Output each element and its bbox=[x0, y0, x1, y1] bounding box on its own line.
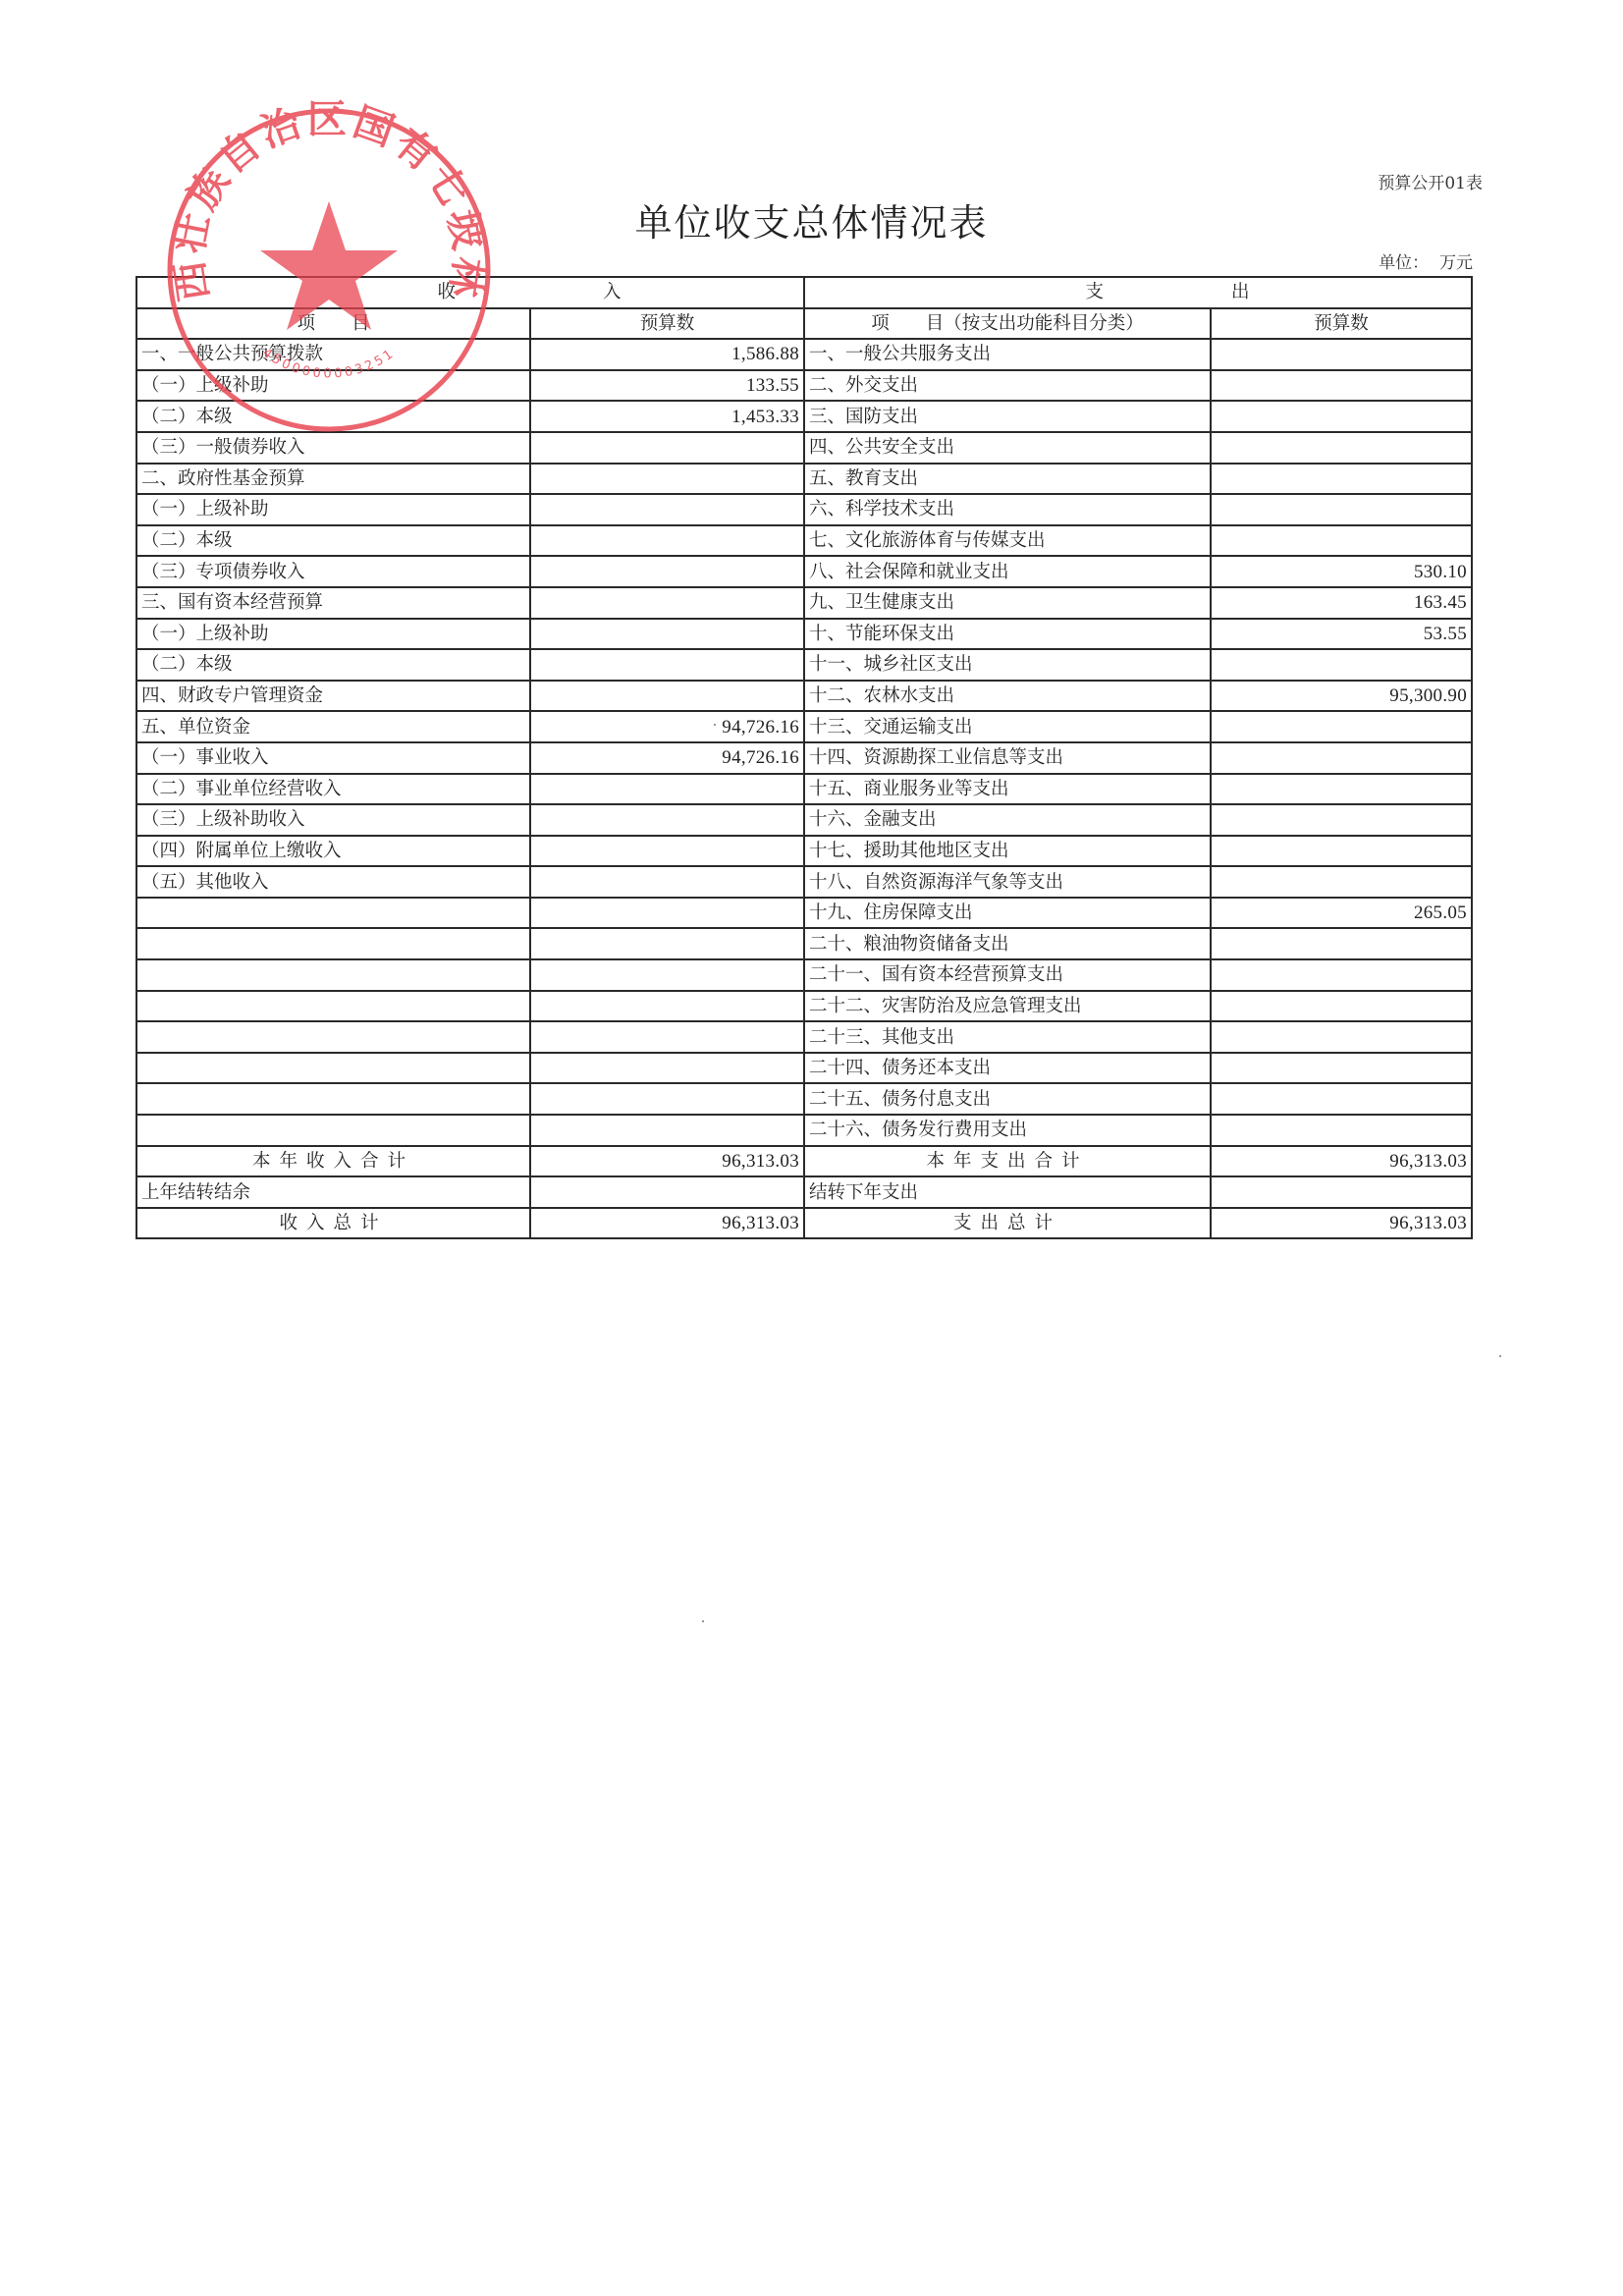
table-row: 二十、粮油物资储备支出 bbox=[136, 928, 1472, 959]
table-row: 四、财政专户管理资金十二、农林水支出95,300.90 bbox=[136, 681, 1472, 712]
income-amount-cell bbox=[530, 774, 804, 805]
expense-item-cell: 十八、自然资源海洋气象等支出 bbox=[804, 866, 1211, 898]
income-item-cell: 五、单位资金 bbox=[136, 711, 530, 742]
expense-amount-cell: 530.10 bbox=[1211, 556, 1472, 587]
column-header-expense-item: 项 目（按支出功能科目分类） bbox=[804, 308, 1211, 340]
summary-row: 本年收入合计96,313.03本年支出合计96,313.03 bbox=[136, 1146, 1472, 1177]
table-row: （一）上级补助十、节能环保支出53.55 bbox=[136, 619, 1472, 650]
income-amount-cell: 133.55 bbox=[530, 370, 804, 402]
income-item-cell bbox=[136, 928, 530, 959]
table-row: （二）本级七、文化旅游体育与传媒支出 bbox=[136, 525, 1472, 557]
income-amount-cell bbox=[530, 1021, 804, 1053]
income-amount-cell bbox=[530, 464, 804, 495]
income-item-cell: （三）上级补助收入 bbox=[136, 804, 530, 836]
summary-income-amount: 96,313.03 bbox=[530, 1146, 804, 1177]
income-item-cell: （二）本级 bbox=[136, 401, 530, 432]
summary-row: 上年结转结余结转下年支出 bbox=[136, 1176, 1472, 1208]
income-amount-cell bbox=[530, 525, 804, 557]
expense-amount-cell bbox=[1211, 370, 1472, 402]
expense-item-cell: 十五、商业服务业等支出 bbox=[804, 774, 1211, 805]
expense-amount-cell bbox=[1211, 1053, 1472, 1084]
income-amount-cell bbox=[530, 928, 804, 959]
column-header-row: 项 目 预算数 项 目（按支出功能科目分类） 预算数 bbox=[136, 308, 1472, 340]
expense-amount-cell bbox=[1211, 525, 1472, 557]
expense-amount-cell bbox=[1211, 866, 1472, 898]
income-item-cell: （一）事业收入 bbox=[136, 742, 530, 774]
summary-expense-amount bbox=[1211, 1176, 1472, 1208]
table-row: （四）附属单位上缴收入十七、援助其他地区支出 bbox=[136, 836, 1472, 867]
income-amount-cell bbox=[530, 1053, 804, 1084]
table-row: 五、单位资金94,726.16十三、交通运输支出 bbox=[136, 711, 1472, 742]
expense-item-cell: 二十、粮油物资储备支出 bbox=[804, 928, 1211, 959]
table-row: （三）上级补助收入十六、金融支出 bbox=[136, 804, 1472, 836]
expense-amount-cell bbox=[1211, 836, 1472, 867]
income-item-cell bbox=[136, 1115, 530, 1146]
page-title: 单位收支总体情况表 bbox=[0, 192, 1623, 246]
table-row: （二）本级1,453.33三、国防支出 bbox=[136, 401, 1472, 432]
table-row: 三、国有资本经营预算九、卫生健康支出163.45 bbox=[136, 587, 1472, 619]
income-amount-cell bbox=[530, 866, 804, 898]
column-header-income-item: 项 目 bbox=[136, 308, 530, 340]
income-item-cell bbox=[136, 959, 530, 991]
scan-speck bbox=[702, 1620, 704, 1622]
table-row: 二十五、债务付息支出 bbox=[136, 1083, 1472, 1115]
income-item-cell: （一）上级补助 bbox=[136, 494, 530, 525]
expense-amount-cell bbox=[1211, 928, 1472, 959]
expense-amount-cell: 265.05 bbox=[1211, 898, 1472, 929]
table-row: 二十一、国有资本经营预算支出 bbox=[136, 959, 1472, 991]
expense-group-header: 支出 bbox=[804, 277, 1472, 308]
expense-amount-cell bbox=[1211, 804, 1472, 836]
expense-item-cell: 十、节能环保支出 bbox=[804, 619, 1211, 650]
income-item-cell bbox=[136, 1021, 530, 1053]
expense-item-cell: 二十三、其他支出 bbox=[804, 1021, 1211, 1053]
income-amount-cell bbox=[530, 804, 804, 836]
summary-income-amount bbox=[530, 1176, 804, 1208]
expense-amount-cell bbox=[1211, 711, 1472, 742]
income-item-cell: （二）本级 bbox=[136, 525, 530, 557]
expense-item-cell: 十六、金融支出 bbox=[804, 804, 1211, 836]
budget-summary-table: 收入 支出 项 目 预算数 项 目（按支出功能科目分类） 预算数 一、一般公共预… bbox=[135, 276, 1473, 1239]
income-item-cell: （二）事业单位经营收入 bbox=[136, 774, 530, 805]
income-amount-cell: 1,453.33 bbox=[530, 401, 804, 432]
expense-item-cell: 九、卫生健康支出 bbox=[804, 587, 1211, 619]
income-amount-cell bbox=[530, 494, 804, 525]
income-amount-cell bbox=[530, 898, 804, 929]
table-row: （一）上级补助133.55二、外交支出 bbox=[136, 370, 1472, 402]
expense-amount-cell bbox=[1211, 959, 1472, 991]
expense-amount-cell: 53.55 bbox=[1211, 619, 1472, 650]
expense-item-cell: 八、社会保障和就业支出 bbox=[804, 556, 1211, 587]
table-row: （二）本级十一、城乡社区支出 bbox=[136, 649, 1472, 681]
expense-item-cell: 四、公共安全支出 bbox=[804, 432, 1211, 464]
summary-row: 收入总计96,313.03支出总计96,313.03 bbox=[136, 1208, 1472, 1239]
expense-item-cell: 七、文化旅游体育与传媒支出 bbox=[804, 525, 1211, 557]
expense-item-cell: 十四、资源勘探工业信息等支出 bbox=[804, 742, 1211, 774]
income-amount-cell: 94,726.16 bbox=[530, 742, 804, 774]
income-amount-cell bbox=[530, 681, 804, 712]
expense-amount-cell bbox=[1211, 774, 1472, 805]
table-row: （三）一般债券收入四、公共安全支出 bbox=[136, 432, 1472, 464]
table-row: 一、一般公共预算拨款1,586.88一、一般公共服务支出 bbox=[136, 339, 1472, 370]
unit-label: 单位： 万元 bbox=[1306, 248, 1473, 273]
table-row: 二十六、债务发行费用支出 bbox=[136, 1115, 1472, 1146]
table-row: （一）上级补助六、科学技术支出 bbox=[136, 494, 1472, 525]
form-code: 预算公开01表 bbox=[1355, 169, 1483, 193]
expense-amount-cell: 163.45 bbox=[1211, 587, 1472, 619]
table-row: （三）专项债券收入八、社会保障和就业支出530.10 bbox=[136, 556, 1472, 587]
expense-amount-cell bbox=[1211, 1083, 1472, 1115]
expense-amount-cell bbox=[1211, 401, 1472, 432]
table-row: 二十三、其他支出 bbox=[136, 1021, 1472, 1053]
summary-income-label: 收入总计 bbox=[136, 1208, 530, 1239]
table-row: 二、政府性基金预算五、教育支出 bbox=[136, 464, 1472, 495]
expense-item-cell: 二、外交支出 bbox=[804, 370, 1211, 402]
expense-item-cell: 二十四、债务还本支出 bbox=[804, 1053, 1211, 1084]
income-amount-cell bbox=[530, 619, 804, 650]
scan-speck bbox=[1499, 1355, 1501, 1357]
expense-item-cell: 二十六、债务发行费用支出 bbox=[804, 1115, 1211, 1146]
table-row: 十九、住房保障支出265.05 bbox=[136, 898, 1472, 929]
expense-amount-cell bbox=[1211, 464, 1472, 495]
expense-item-cell: 十三、交通运输支出 bbox=[804, 711, 1211, 742]
income-amount-cell bbox=[530, 836, 804, 867]
expense-amount-cell bbox=[1211, 1021, 1472, 1053]
expense-item-cell: 一、一般公共服务支出 bbox=[804, 339, 1211, 370]
income-item-cell: （四）附属单位上缴收入 bbox=[136, 836, 530, 867]
expense-amount-cell bbox=[1211, 494, 1472, 525]
income-item-cell: （五）其他收入 bbox=[136, 866, 530, 898]
expense-amount-cell bbox=[1211, 339, 1472, 370]
income-amount-cell bbox=[530, 1083, 804, 1115]
expense-amount-cell bbox=[1211, 991, 1472, 1022]
income-item-cell: 一、一般公共预算拨款 bbox=[136, 339, 530, 370]
summary-income-label: 本年收入合计 bbox=[136, 1146, 530, 1177]
summary-expense-amount: 96,313.03 bbox=[1211, 1146, 1472, 1177]
expense-amount-cell bbox=[1211, 432, 1472, 464]
expense-item-cell: 五、教育支出 bbox=[804, 464, 1211, 495]
expense-amount-cell bbox=[1211, 649, 1472, 681]
expense-item-cell: 二十二、灾害防治及应急管理支出 bbox=[804, 991, 1211, 1022]
income-amount-cell bbox=[530, 1115, 804, 1146]
table-row: 二十四、债务还本支出 bbox=[136, 1053, 1472, 1084]
expense-item-cell: 六、科学技术支出 bbox=[804, 494, 1211, 525]
income-item-cell: 四、财政专户管理资金 bbox=[136, 681, 530, 712]
income-amount-cell bbox=[530, 991, 804, 1022]
expense-item-cell: 十七、援助其他地区支出 bbox=[804, 836, 1211, 867]
income-amount-cell bbox=[530, 959, 804, 991]
income-item-cell: 三、国有资本经营预算 bbox=[136, 587, 530, 619]
column-header-expense-amount: 预算数 bbox=[1211, 308, 1472, 340]
expense-amount-cell bbox=[1211, 742, 1472, 774]
income-amount-cell bbox=[530, 432, 804, 464]
expense-item-cell: 十一、城乡社区支出 bbox=[804, 649, 1211, 681]
income-amount-cell bbox=[530, 649, 804, 681]
table-row: 二十二、灾害防治及应急管理支出 bbox=[136, 991, 1472, 1022]
group-header-row: 收入 支出 bbox=[136, 277, 1472, 308]
income-item-cell bbox=[136, 1083, 530, 1115]
summary-expense-amount: 96,313.03 bbox=[1211, 1208, 1472, 1239]
summary-income-amount: 96,313.03 bbox=[530, 1208, 804, 1239]
summary-expense-label: 支出总计 bbox=[804, 1208, 1211, 1239]
income-item-cell: 二、政府性基金预算 bbox=[136, 464, 530, 495]
income-group-header: 收入 bbox=[136, 277, 804, 308]
expense-amount-cell bbox=[1211, 1115, 1472, 1146]
income-item-cell: （一）上级补助 bbox=[136, 370, 530, 402]
income-amount-cell: 1,586.88 bbox=[530, 339, 804, 370]
expense-item-cell: 三、国防支出 bbox=[804, 401, 1211, 432]
expense-item-cell: 二十五、债务付息支出 bbox=[804, 1083, 1211, 1115]
income-item-cell: （三）专项债券收入 bbox=[136, 556, 530, 587]
income-amount-cell bbox=[530, 556, 804, 587]
expense-item-cell: 二十一、国有资本经营预算支出 bbox=[804, 959, 1211, 991]
table-row: （一）事业收入94,726.16十四、资源勘探工业信息等支出 bbox=[136, 742, 1472, 774]
income-amount-cell bbox=[530, 587, 804, 619]
column-header-income-amount: 预算数 bbox=[530, 308, 804, 340]
summary-income-label: 上年结转结余 bbox=[136, 1176, 530, 1208]
income-item-cell: （一）上级补助 bbox=[136, 619, 530, 650]
table-row: （二）事业单位经营收入十五、商业服务业等支出 bbox=[136, 774, 1472, 805]
income-item-cell: （二）本级 bbox=[136, 649, 530, 681]
scan-speck bbox=[714, 724, 716, 726]
income-item-cell bbox=[136, 991, 530, 1022]
summary-expense-label: 结转下年支出 bbox=[804, 1176, 1211, 1208]
income-item-cell: （三）一般债券收入 bbox=[136, 432, 530, 464]
income-item-cell bbox=[136, 898, 530, 929]
expense-amount-cell: 95,300.90 bbox=[1211, 681, 1472, 712]
expense-item-cell: 十九、住房保障支出 bbox=[804, 898, 1211, 929]
expense-item-cell: 十二、农林水支出 bbox=[804, 681, 1211, 712]
income-amount-cell: 94,726.16 bbox=[530, 711, 804, 742]
income-item-cell bbox=[136, 1053, 530, 1084]
table-row: （五）其他收入十八、自然资源海洋气象等支出 bbox=[136, 866, 1472, 898]
summary-expense-label: 本年支出合计 bbox=[804, 1146, 1211, 1177]
